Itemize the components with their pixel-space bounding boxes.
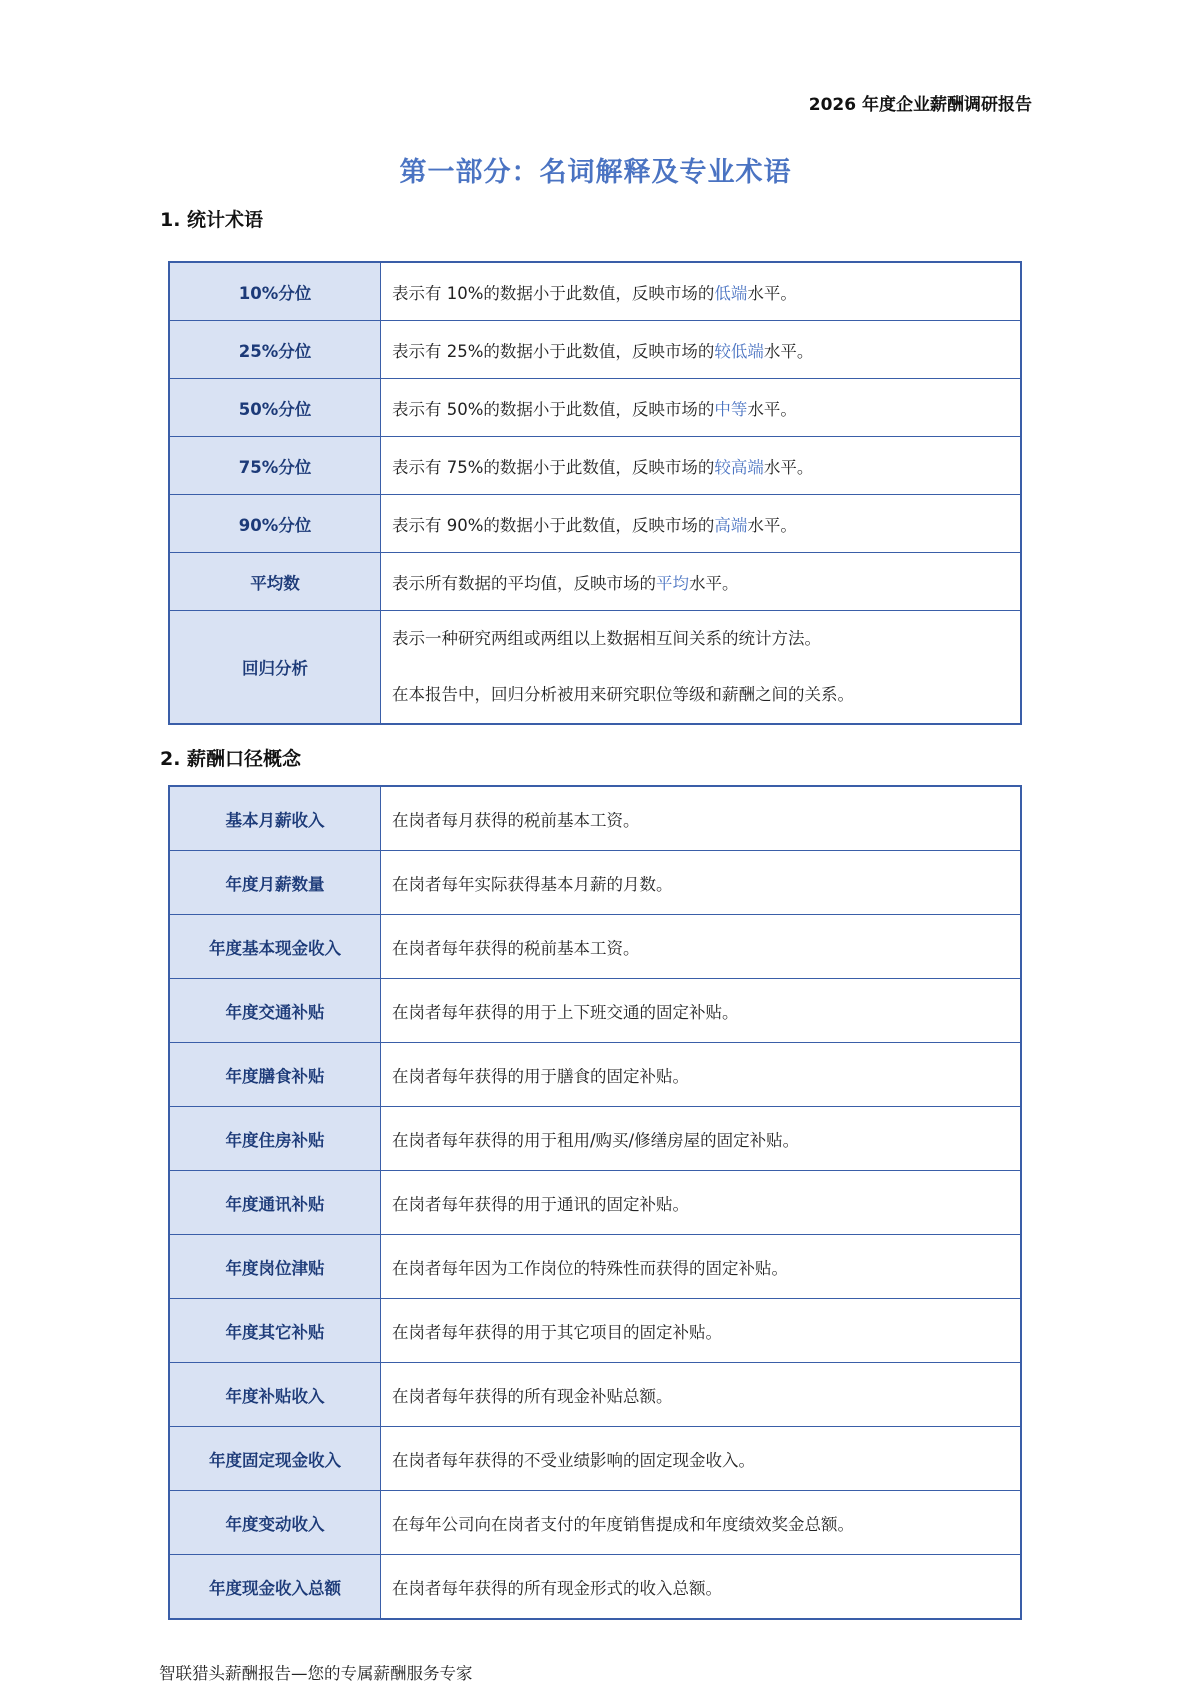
term-cell: 年度交通补贴 xyxy=(169,979,381,1043)
highlight-text: 平均 xyxy=(656,574,689,593)
description-cell: 表示有 10%的数据小于此数值，反映市场的低端水平。 xyxy=(381,262,1022,321)
table-row: 25%分位 表示有 25%的数据小于此数值，反映市场的较低端水平。 xyxy=(169,321,1021,379)
section-heading-compensation: 2. 薪酬口径概念 xyxy=(160,744,301,771)
table-row: 年度月薪数量在岗者每年实际获得基本月薪的月数。 xyxy=(169,851,1021,915)
part-title: 第一部分：名词解释及专业术语 xyxy=(0,150,1191,189)
page-footer: 智联猎头薪酬报告—您的专属薪酬服务专家 xyxy=(159,1660,473,1684)
description-cell: 在岗者每年获得的用于膳食的固定补贴。 xyxy=(381,1043,1022,1107)
description-cell: 表示有 25%的数据小于此数值，反映市场的较低端水平。 xyxy=(381,321,1022,379)
term-cell: 年度固定现金收入 xyxy=(169,1427,381,1491)
term-cell: 年度变动收入 xyxy=(169,1491,381,1555)
highlight-text: 中等 xyxy=(714,400,747,419)
term-cell: 50%分位 xyxy=(169,379,381,437)
term-cell: 基本月薪收入 xyxy=(169,786,381,851)
table-row: 年度基本现金收入在岗者每年获得的税前基本工资。 xyxy=(169,915,1021,979)
term-cell: 年度膳食补贴 xyxy=(169,1043,381,1107)
term-cell: 年度岗位津贴 xyxy=(169,1235,381,1299)
description-cell: 在岗者每年获得的用于通讯的固定补贴。 xyxy=(381,1171,1022,1235)
description-cell: 在岗者每年获得的用于租用/购买/修缮房屋的固定补贴。 xyxy=(381,1107,1022,1171)
table-row: 年度固定现金收入在岗者每年获得的不受业绩影响的固定现金收入。 xyxy=(169,1427,1021,1491)
highlight-text: 低端 xyxy=(714,284,747,303)
table-row: 年度其它补贴在岗者每年获得的用于其它项目的固定补贴。 xyxy=(169,1299,1021,1363)
description-cell: 表示有 75%的数据小于此数值，反映市场的较高端水平。 xyxy=(381,437,1022,495)
description-cell: 在岗者每年获得的不受业绩影响的固定现金收入。 xyxy=(381,1427,1022,1491)
compensation-terms-table: 基本月薪收入在岗者每月获得的税前基本工资。 年度月薪数量在岗者每年实际获得基本月… xyxy=(168,785,1022,1620)
description-cell: 在岗者每年获得的所有现金形式的收入总额。 xyxy=(381,1555,1022,1620)
table-row: 平均数 表示所有数据的平均值，反映市场的平均水平。 xyxy=(169,553,1021,611)
description-cell: 在岗者每年实际获得基本月薪的月数。 xyxy=(381,851,1022,915)
term-cell: 回归分析 xyxy=(169,611,381,725)
table-row: 年度补贴收入在岗者每年获得的所有现金补贴总额。 xyxy=(169,1363,1021,1427)
highlight-text: 较高端 xyxy=(714,458,764,477)
table-row: 10%分位 表示有 10%的数据小于此数值，反映市场的低端水平。 xyxy=(169,262,1021,321)
table-row: 年度岗位津贴在岗者每年因为工作岗位的特殊性而获得的固定补贴。 xyxy=(169,1235,1021,1299)
table-row: 年度膳食补贴在岗者每年获得的用于膳食的固定补贴。 xyxy=(169,1043,1021,1107)
description-cell: 表示有 50%的数据小于此数值，反映市场的中等水平。 xyxy=(381,379,1022,437)
term-cell: 年度月薪数量 xyxy=(169,851,381,915)
table-row: 年度变动收入在每年公司向在岗者支付的年度销售提成和年度绩效奖金总额。 xyxy=(169,1491,1021,1555)
table-row: 年度交通补贴在岗者每年获得的用于上下班交通的固定补贴。 xyxy=(169,979,1021,1043)
term-cell: 75%分位 xyxy=(169,437,381,495)
term-cell: 年度住房补贴 xyxy=(169,1107,381,1171)
term-cell: 年度其它补贴 xyxy=(169,1299,381,1363)
description-cell: 在每年公司向在岗者支付的年度销售提成和年度绩效奖金总额。 xyxy=(381,1491,1022,1555)
page-header: 2026 年度企业薪酬调研报告 xyxy=(809,90,1032,115)
term-cell: 年度通讯补贴 xyxy=(169,1171,381,1235)
term-cell: 90%分位 xyxy=(169,495,381,553)
table-row: 年度通讯补贴在岗者每年获得的用于通讯的固定补贴。 xyxy=(169,1171,1021,1235)
table-row: 75%分位 表示有 75%的数据小于此数值，反映市场的较高端水平。 xyxy=(169,437,1021,495)
term-cell: 10%分位 xyxy=(169,262,381,321)
description-cell: 在岗者每年获得的用于其它项目的固定补贴。 xyxy=(381,1299,1022,1363)
description-cell: 表示有 90%的数据小于此数值，反映市场的高端水平。 xyxy=(381,495,1022,553)
term-cell: 年度现金收入总额 xyxy=(169,1555,381,1620)
highlight-text: 较低端 xyxy=(714,342,764,361)
description-cell: 表示所有数据的平均值，反映市场的平均水平。 xyxy=(381,553,1022,611)
highlight-text: 高端 xyxy=(714,516,747,535)
statistics-terms-table: 10%分位 表示有 10%的数据小于此数值，反映市场的低端水平。 25%分位 表… xyxy=(168,261,1022,725)
table-row: 年度现金收入总额在岗者每年获得的所有现金形式的收入总额。 xyxy=(169,1555,1021,1620)
description-cell: 在岗者每年获得的税前基本工资。 xyxy=(381,915,1022,979)
term-cell: 年度补贴收入 xyxy=(169,1363,381,1427)
description-cell: 在岗者每年获得的所有现金补贴总额。 xyxy=(381,1363,1022,1427)
table-row: 基本月薪收入在岗者每月获得的税前基本工资。 xyxy=(169,786,1021,851)
table-row: 90%分位 表示有 90%的数据小于此数值，反映市场的高端水平。 xyxy=(169,495,1021,553)
section-heading-statistics: 1. 统计术语 xyxy=(160,205,263,232)
description-cell: 表示一种研究两组或两组以上数据相互间关系的统计方法。 在本报告中，回归分析被用来… xyxy=(381,611,1022,725)
term-cell: 平均数 xyxy=(169,553,381,611)
description-cell: 在岗者每月获得的税前基本工资。 xyxy=(381,786,1022,851)
term-cell: 年度基本现金收入 xyxy=(169,915,381,979)
description-cell: 在岗者每年获得的用于上下班交通的固定补贴。 xyxy=(381,979,1022,1043)
description-cell: 在岗者每年因为工作岗位的特殊性而获得的固定补贴。 xyxy=(381,1235,1022,1299)
table-row: 50%分位 表示有 50%的数据小于此数值，反映市场的中等水平。 xyxy=(169,379,1021,437)
table-row: 年度住房补贴在岗者每年获得的用于租用/购买/修缮房屋的固定补贴。 xyxy=(169,1107,1021,1171)
term-cell: 25%分位 xyxy=(169,321,381,379)
table-row: 回归分析 表示一种研究两组或两组以上数据相互间关系的统计方法。 在本报告中，回归… xyxy=(169,611,1021,725)
